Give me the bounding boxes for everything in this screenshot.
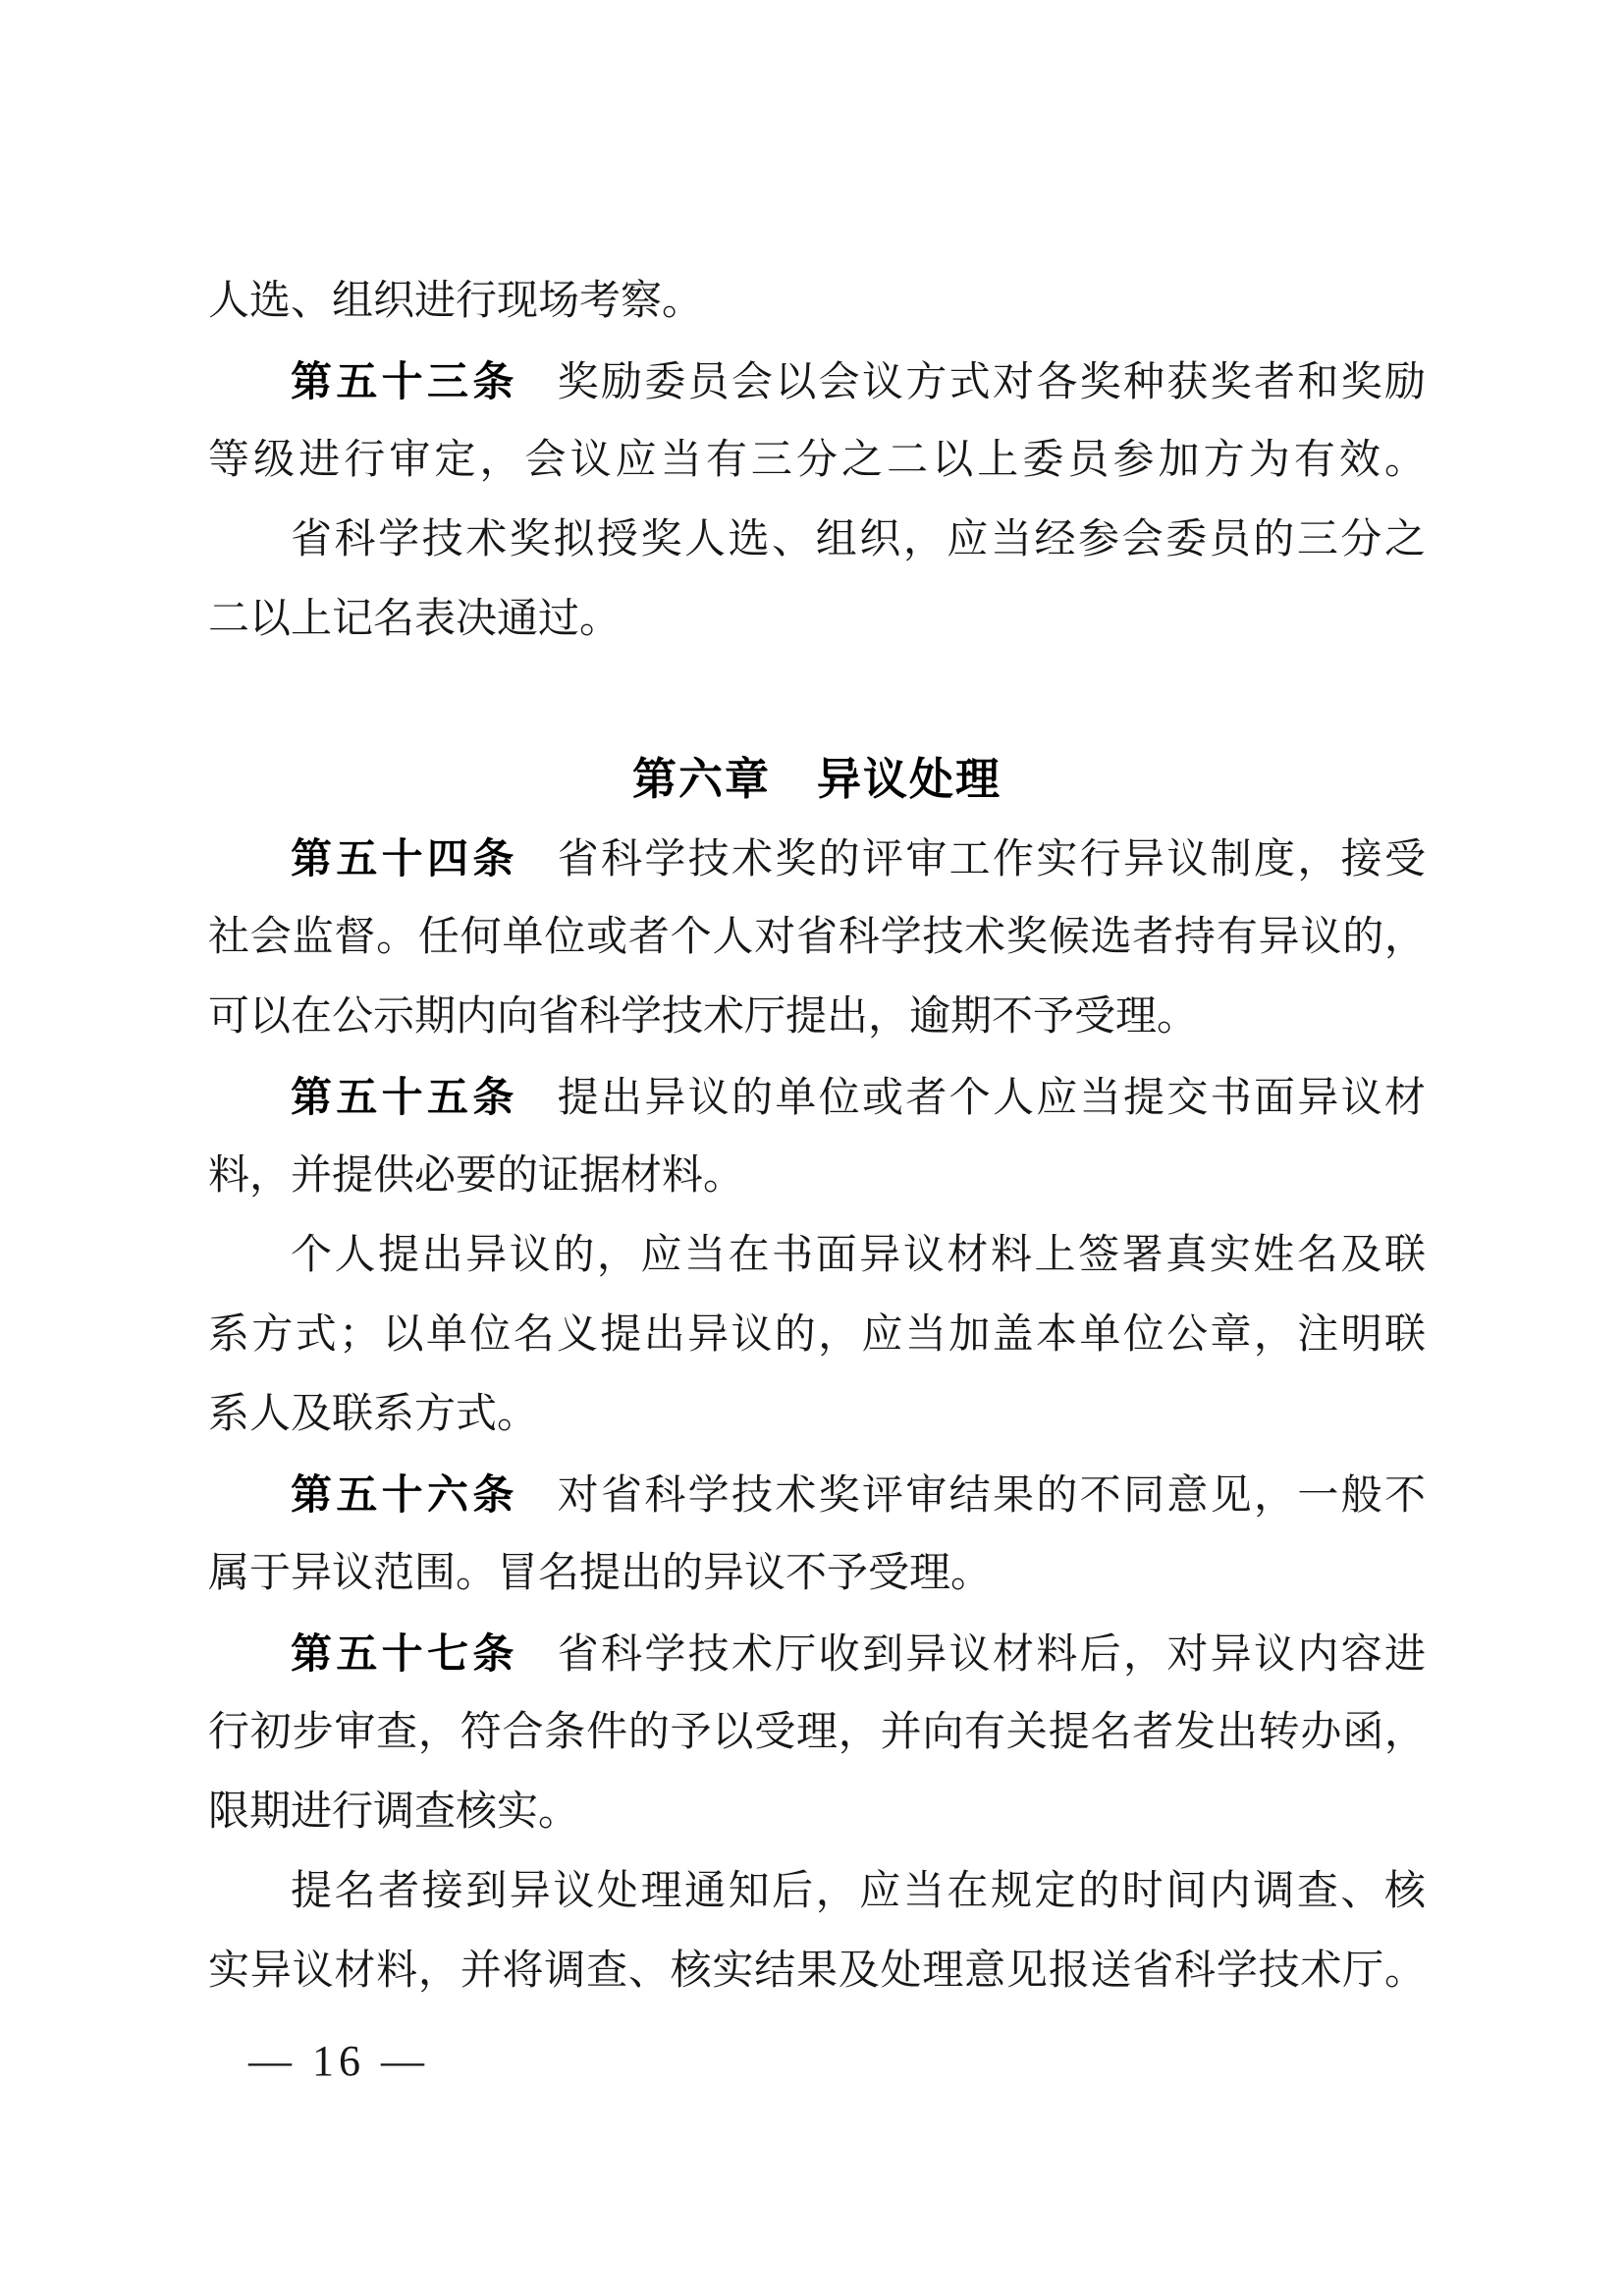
body-line: 第五十四条省科学技术奖的评审工作实行异议制度，接受: [208, 819, 1426, 898]
article-number: 第五十五条: [291, 1074, 518, 1120]
body-line: 第五十五条提出异议的单位或者个人应当提交书面异议材: [208, 1057, 1426, 1137]
line-text: 省科学技术奖拟授奖人选、组织，应当经参会委员的三分之: [291, 517, 1426, 562]
body-line: 行初步审查，符合条件的予以受理，并向有关提名者发出转办函，: [208, 1693, 1426, 1773]
body-line: 第五十七条省科学技术厅收到异议材料后，对异议内容进: [208, 1614, 1426, 1693]
article-number: 第五十六条: [291, 1471, 518, 1518]
body-line: 个人提出异议的，应当在书面异议材料上签署真实姓名及联: [208, 1216, 1426, 1296]
line-text: 省科学技术厅收到异议材料后，对异议内容进: [558, 1632, 1426, 1678]
line-text: 限期进行调查核实。: [208, 1789, 579, 1835]
body-line: 人选、组织进行现场考察。: [208, 262, 1426, 342]
blank-line: [208, 660, 1426, 739]
line-text: 系人及联系方式。: [208, 1392, 538, 1437]
line-text: 可以在公示期内向省科学技术厅提出，逾期不予受理。: [208, 994, 1198, 1040]
line-text: 行初步审查，符合条件的予以受理，并向有关提名者发出转办函，: [208, 1710, 1426, 1755]
body-line: 实异议材料，并将调查、核实结果及处理意见报送省科学技术厅。: [208, 1932, 1426, 2011]
body-line: 第五十六条对省科学技术奖评审结果的不同意见，一般不: [208, 1455, 1426, 1534]
chapter-heading: 第六章 异议处理: [208, 739, 1426, 819]
line-text: 属于异议范围。冒名提出的异议不予受理。: [208, 1551, 992, 1596]
line-text: 社会监督。任何单位或者个人对省科学技术奖候选者持有异议的，: [208, 915, 1426, 960]
body-line: 限期进行调查核实。: [208, 1773, 1426, 1852]
line-text: 提名者接到异议处理通知后，应当在规定的时间内调查、核: [291, 1869, 1426, 1914]
body-line: 提名者接到异议处理通知后，应当在规定的时间内调查、核: [208, 1852, 1426, 1932]
line-text: 等级进行审定，会议应当有三分之二以上委员参加方为有效。: [208, 438, 1426, 483]
article-number: 第五十三条: [291, 358, 518, 404]
line-text: 二以上记名表决通过。: [208, 597, 621, 642]
line-text: 奖励委员会以会议方式对各奖种获奖者和奖励: [558, 360, 1426, 405]
line-text: 提出异议的单位或者个人应当提交书面异议材: [558, 1076, 1426, 1121]
body-line: 系人及联系方式。: [208, 1375, 1426, 1455]
text-block: 人选、组织进行现场考察。 第五十三条奖励委员会以会议方式对各奖种获奖者和奖励 等…: [208, 262, 1426, 2011]
line-text: 系方式；以单位名义提出异议的，应当加盖本单位公章，注明联: [208, 1312, 1426, 1358]
document-page: 人选、组织进行现场考察。 第五十三条奖励委员会以会议方式对各奖种获奖者和奖励 等…: [0, 0, 1624, 2296]
body-line: 等级进行审定，会议应当有三分之二以上委员参加方为有效。: [208, 421, 1426, 501]
body-line: 社会监督。任何单位或者个人对省科学技术奖候选者持有异议的，: [208, 898, 1426, 978]
line-text: 省科学技术奖的评审工作实行异议制度，接受: [558, 837, 1426, 882]
article-number: 第五十七条: [291, 1630, 518, 1677]
body-line: 二以上记名表决通过。: [208, 580, 1426, 660]
article-number: 第五十四条: [291, 835, 518, 881]
body-line: 料，并提供必要的证据材料。: [208, 1137, 1426, 1216]
line-text: 个人提出异议的，应当在书面异议材料上签署真实姓名及联: [291, 1233, 1426, 1278]
body-line: 第五十三条奖励委员会以会议方式对各奖种获奖者和奖励: [208, 342, 1426, 421]
body-line: 属于异议范围。冒名提出的异议不予受理。: [208, 1534, 1426, 1614]
body-line: 可以在公示期内向省科学技术厅提出，逾期不予受理。: [208, 978, 1426, 1057]
line-text: 实异议材料，并将调查、核实结果及处理意见报送省科学技术厅。: [208, 1949, 1426, 1994]
line-text: 人选、组织进行现场考察。: [208, 279, 703, 324]
body-line: 省科学技术奖拟授奖人选、组织，应当经参会委员的三分之: [208, 501, 1426, 580]
page-footer: — 16 —: [248, 2032, 429, 2091]
line-text: 对省科学技术奖评审结果的不同意见，一般不: [558, 1473, 1426, 1519]
line-text: 料，并提供必要的证据材料。: [208, 1153, 744, 1199]
body-line: 系方式；以单位名义提出异议的，应当加盖本单位公章，注明联: [208, 1296, 1426, 1375]
